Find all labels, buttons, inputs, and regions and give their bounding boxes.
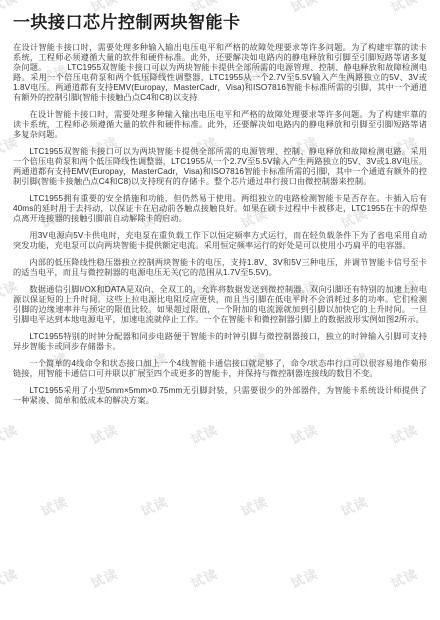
paragraph: LTC1955拥有重要的安全措施和功能，但仍然易于使用。两组独立的电路检测智能卡… — [13, 194, 427, 224]
watermark-text: 试读 — [37, 491, 70, 520]
watermark-text: 试读 — [337, 491, 370, 520]
watermark-text: 试读 — [87, 419, 120, 448]
paragraph: LTC1955采用了小型5mm×5mm×0.75mm无引脚封装，只需要很少的外部… — [13, 386, 427, 406]
paragraph: 数据通信引脚I/OX和DATA是双向、全双工的，允许将数据发送到微控制器。双向引… — [13, 285, 427, 325]
watermark-text: 试读 — [87, 563, 120, 592]
watermark-text: 试读 — [237, 491, 270, 520]
paragraph: 一个简单的4线命令和状态接口加上一个4线智能卡通信接口就足够了，命令/状态串行口… — [13, 359, 427, 379]
watermark-text: 试读 — [137, 491, 170, 520]
paragraph: LTC1955双智能卡接口可以为两块智能卡提供全部所需的电源管理、控制、静电释放… — [13, 147, 427, 187]
watermark-text: 试读 — [187, 419, 220, 448]
watermark-text: 试读 — [0, 419, 21, 448]
watermark-text: 试读 — [287, 419, 320, 448]
document-content: 一块接口芯片控制两块智能卡 在设计智能卡接口时，需要处理多种输入输出电压电平和严… — [0, 0, 440, 406]
watermark-text: 试读 — [187, 563, 220, 592]
watermark-text: 试读 — [387, 563, 420, 592]
paragraph: LTC1955特别的时钟分配器和同步电路便于智能卡的时钟引脚与微控制器接口，独立… — [13, 332, 427, 352]
document-body: 在设计智能卡接口时，需要处理多种输入输出电压电平和严格的故障处理要求等许多问题。… — [13, 43, 427, 406]
paragraph: 用3V电源向5V卡供电时，充电泵在重负载工作下以恒定频率方式运行，而在轻负载条件… — [13, 231, 427, 251]
watermark-text: 试读 — [387, 419, 420, 448]
document-page: 试读试读试读试读试读试读试读试读试读试读试读试读试读试读试读试读试读试读试读试读… — [0, 0, 440, 620]
paragraph: 在设计智能卡接口时，需要处理多种输入输出电压电平和严格的故障处理要求等许多问题。… — [13, 43, 427, 103]
watermark-text: 试读 — [287, 563, 320, 592]
page-title: 一块接口芯片控制两块智能卡 — [13, 13, 427, 32]
watermark-text: 试读 — [0, 563, 21, 592]
paragraph: 内部的低压降线性稳压器独立控制两块智能卡的电压，支持1.8V、3V和5V三种电压… — [13, 258, 427, 278]
paragraph: 在设计智能卡接口时，需要处理多种输入输出电压电平和严格的故障处理要求等许多问题。… — [13, 110, 427, 140]
